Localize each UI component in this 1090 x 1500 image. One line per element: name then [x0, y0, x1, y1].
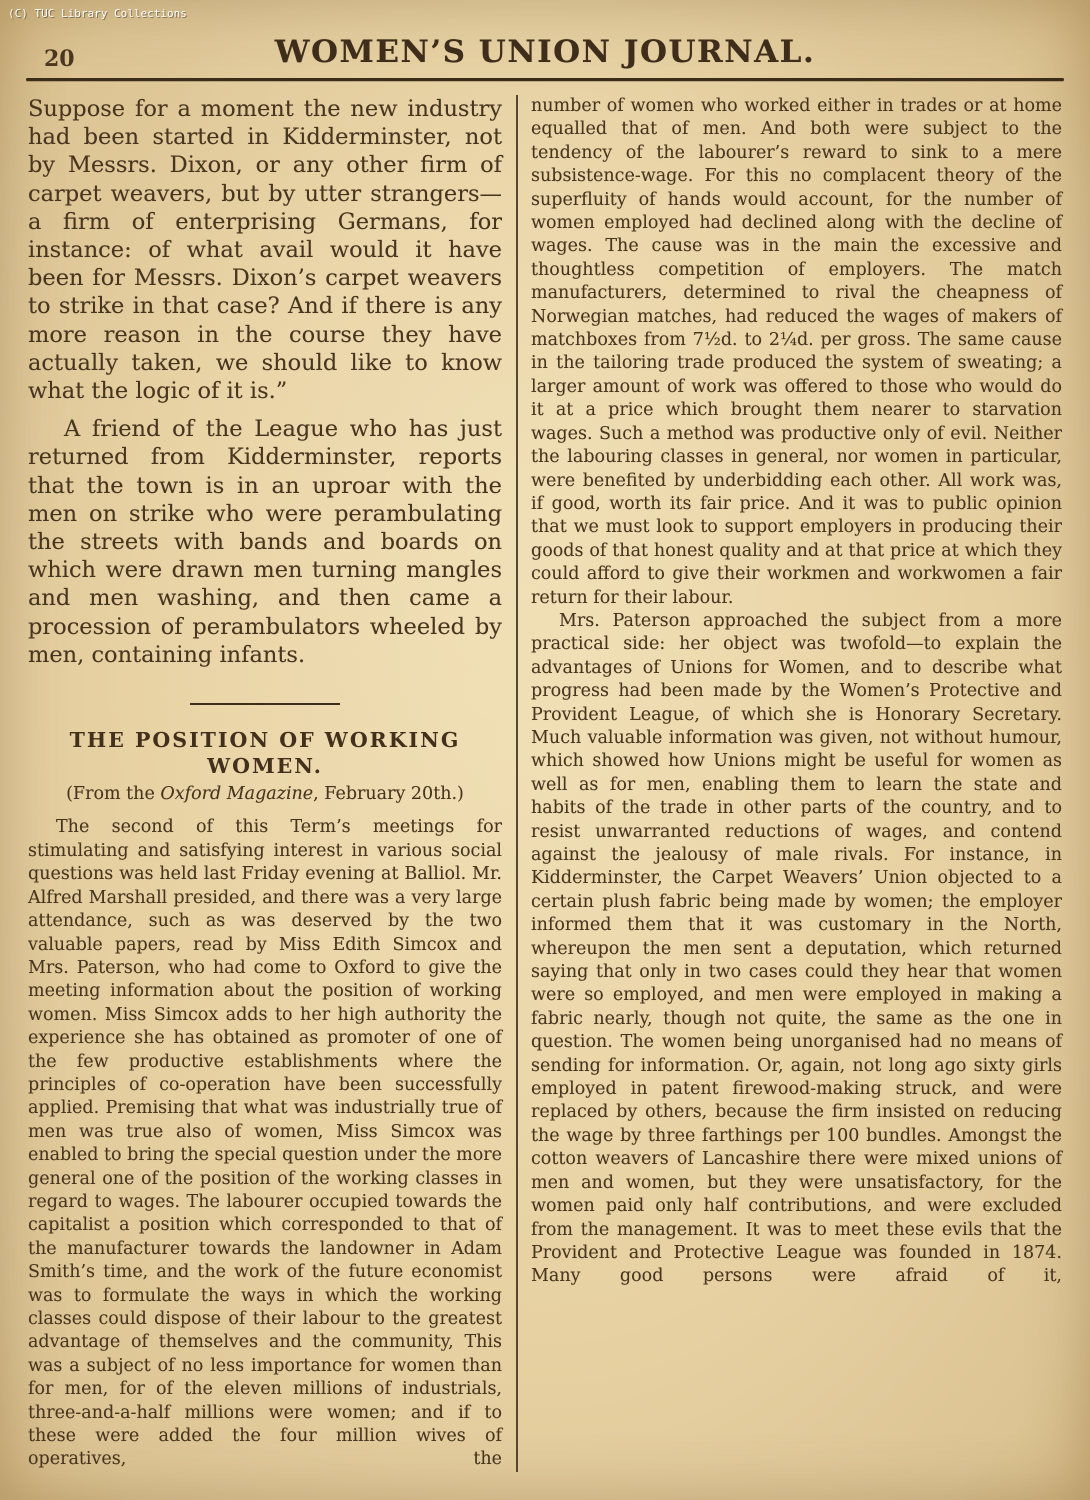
section-title: THE POSITION OF WORKING WOMEN.: [28, 727, 502, 779]
article-paragraph: Mrs. Paterson approached the subject fro…: [531, 610, 1062, 1289]
journal-title: WOMEN’S UNION JOURNAL.: [0, 34, 1090, 70]
article-paragraph: The second of this Term’s meetings for s…: [28, 816, 502, 1471]
article-columns: Suppose for a moment the new industry ha…: [0, 81, 1090, 1472]
article-paragraph-continuation: number of women who worked either in tra…: [531, 95, 1062, 610]
article-paragraph-continuation: Suppose for a moment the new industry ha…: [28, 95, 502, 405]
left-column: Suppose for a moment the new industry ha…: [28, 95, 516, 1472]
right-column: number of women who worked either in tra…: [516, 95, 1062, 1472]
page-number: 20: [44, 46, 75, 72]
article-paragraph: A friend of the League who has just retu…: [28, 415, 502, 669]
article-source-line: (From the Oxford Magazine, February 20th…: [28, 783, 502, 806]
source-suffix: , February 20th.): [313, 784, 464, 804]
section-divider: [190, 703, 340, 705]
source-publication-name: Oxford Magazine: [160, 784, 313, 804]
journal-page: (C) TUC Library Collections 20 WOMEN’S U…: [0, 0, 1090, 1500]
source-prefix: (From the: [66, 784, 160, 804]
page-header: 20 WOMEN’S UNION JOURNAL.: [0, 0, 1090, 70]
